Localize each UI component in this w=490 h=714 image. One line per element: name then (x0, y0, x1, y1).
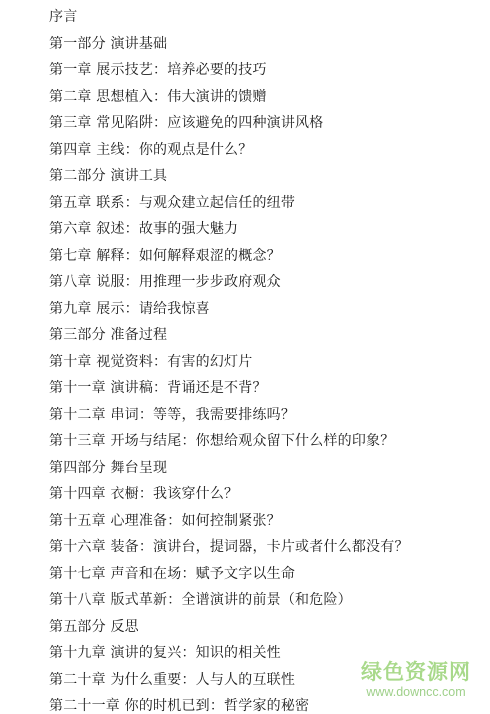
watermark: 绿色资源网 www.downcc.com (352, 660, 480, 700)
toc-chapter-14: 第十四章 衣橱：我该穿什么？ (49, 481, 409, 508)
toc-chapter-6: 第六章 叙述：故事的强大魅力 (49, 216, 409, 243)
toc-chapter-11: 第十一章 演讲稿：背诵还是不背？ (49, 375, 409, 402)
toc-chapter-5: 第五章 联系：与观众建立起信任的纽带 (49, 190, 409, 217)
toc-chapter-15: 第十五章 心理准备：如何控制紧张？ (49, 508, 409, 535)
watermark-title: 绿色资源网 (352, 660, 480, 684)
toc-chapter-18: 第十八章 版式革新：全谱演讲的前景（和危险） (49, 587, 409, 614)
toc-chapter-17: 第十七章 声音和在场：赋予文字以生命 (49, 561, 409, 588)
toc-chapter-13: 第十三章 开场与结尾：你想给观众留下什么样的印象？ (49, 428, 409, 455)
toc-chapter-2: 第二章 思想植入：伟大演讲的馈赠 (49, 84, 409, 111)
toc-part-2: 第二部分 演讲工具 (49, 163, 409, 190)
toc-chapter-7: 第七章 解释：如何解释艰涩的概念？ (49, 243, 409, 270)
toc-chapter-3: 第三章 常见陷阱：应该避免的四种演讲风格 (49, 110, 409, 137)
toc-chapter-12: 第十二章 串词：等等，我需要排练吗？ (49, 402, 409, 429)
toc-chapter-1: 第一章 展示技艺：培养必要的技巧 (49, 57, 409, 84)
toc-part-1: 第一部分 演讲基础 (49, 31, 409, 58)
table-of-contents: 序言 第一部分 演讲基础 第一章 展示技艺：培养必要的技巧 第二章 思想植入：伟… (49, 4, 409, 714)
toc-chapter-8: 第八章 说服：用推理一步步政府观众 (49, 269, 409, 296)
toc-preface: 序言 (49, 4, 409, 31)
toc-chapter-16: 第十六章 装备：演讲台，提词器，卡片或者什么都没有？ (49, 534, 409, 561)
toc-chapter-9: 第九章 展示：请给我惊喜 (49, 296, 409, 323)
toc-chapter-10: 第十章 视觉资料：有害的幻灯片 (49, 349, 409, 376)
toc-chapter-4: 第四章 主线：你的观点是什么？ (49, 137, 409, 164)
watermark-url: www.downcc.com (352, 684, 480, 700)
toc-part-3: 第三部分 准备过程 (49, 322, 409, 349)
toc-part-4: 第四部分 舞台呈现 (49, 455, 409, 482)
toc-part-5: 第五部分 反思 (49, 614, 409, 641)
